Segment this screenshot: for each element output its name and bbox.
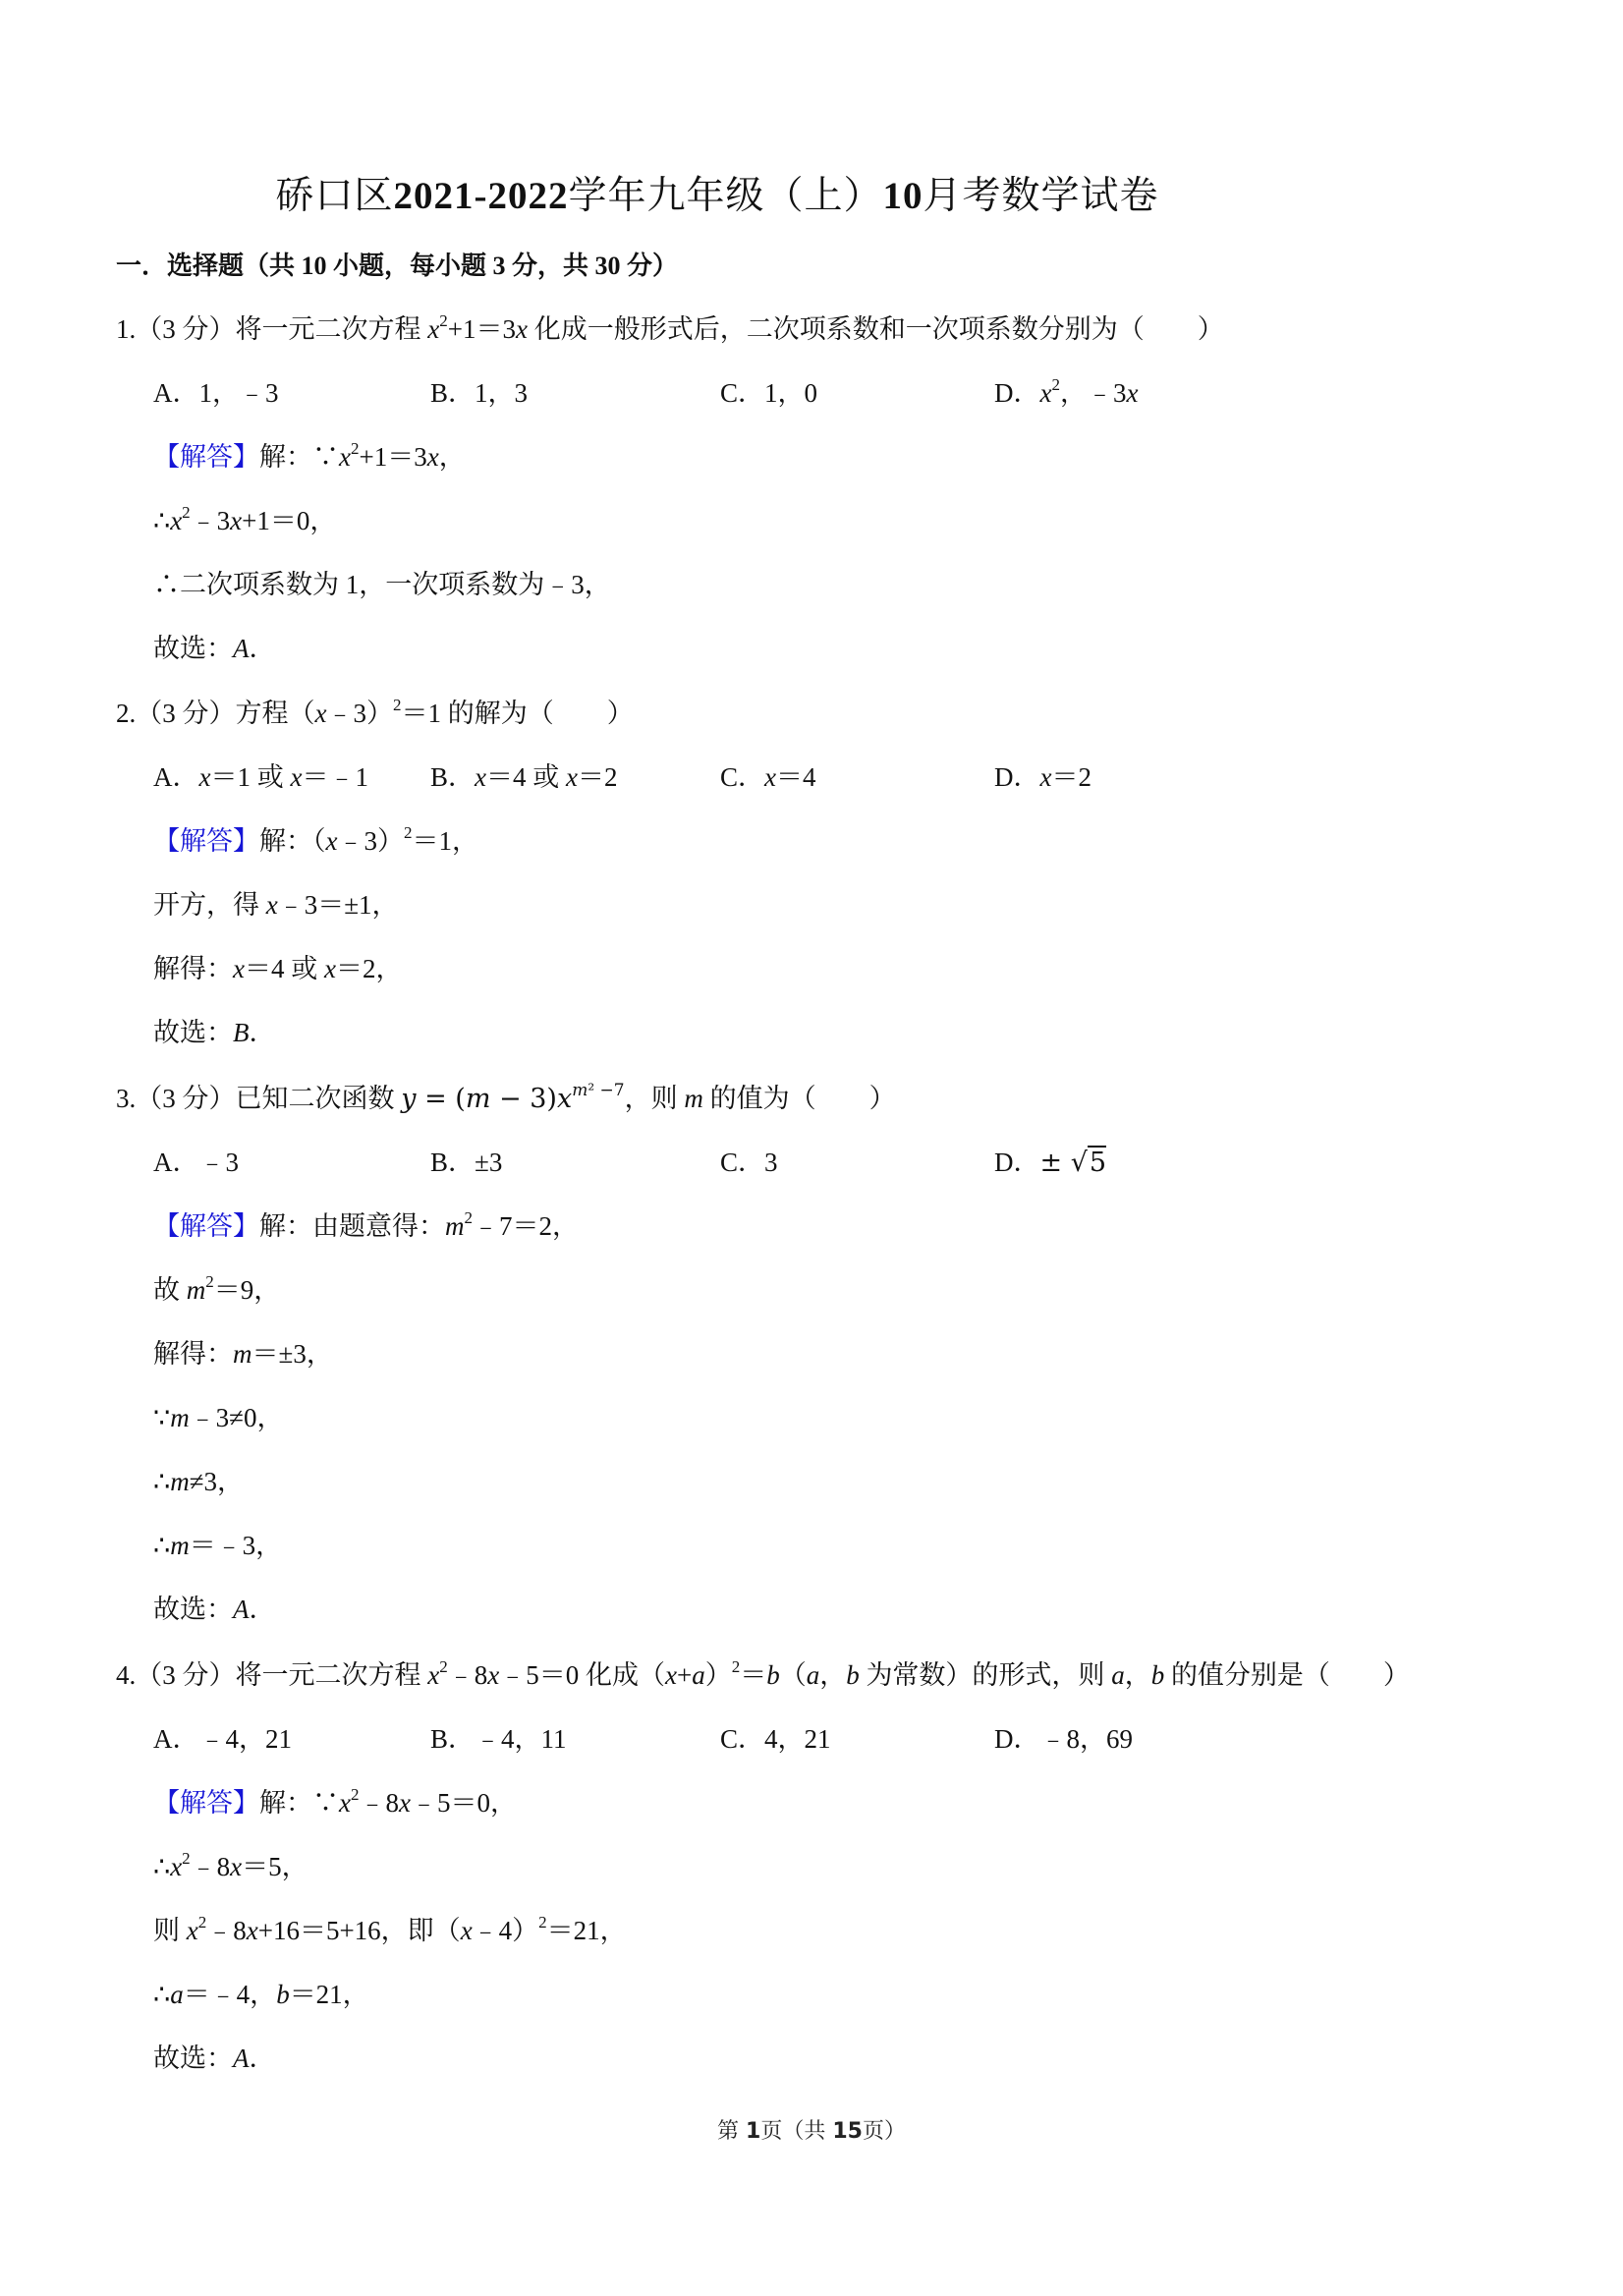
question-3-option-d[interactable]: D．± √5 bbox=[994, 1146, 1106, 1180]
question-2-solution-line-4: 故选：B． bbox=[153, 1016, 276, 1049]
question-4-solution-line-3: 则 x2﹣8x+16＝5+16，即（x﹣4）2＝21， bbox=[153, 1914, 627, 1951]
question-4-option-d[interactable]: D．﹣8，69 bbox=[994, 1722, 1133, 1756]
question-3-solution-line-2: 故 m2＝9， bbox=[153, 1273, 280, 1311]
question-3-option-a[interactable]: A．﹣3 bbox=[153, 1146, 239, 1179]
question-4-stem: 4.（3 分）将一元二次方程 x2﹣8x﹣5＝0 化成（x+a）2＝b（a，b … bbox=[116, 1658, 1410, 1696]
question-1-option-a[interactable]: A．1，﹣3 bbox=[153, 376, 279, 410]
question-3-solution-line-7: 故选：A． bbox=[153, 1593, 276, 1626]
question-4-solution-line-2: ∴x2﹣8x＝5， bbox=[153, 1850, 308, 1887]
question-4-option-b[interactable]: B．﹣4，11 bbox=[430, 1722, 567, 1756]
question-2-solution-line-2: 开方，得 x﹣3＝±1， bbox=[153, 888, 399, 922]
section-header: 一．选择题（共 10 小题，每小题 3 分，共 30 分） bbox=[116, 246, 678, 282]
solution-tag: 【解答】 bbox=[153, 442, 259, 472]
title-grade: 学年九年级（上） bbox=[568, 175, 882, 217]
title-month: 10 bbox=[883, 175, 923, 217]
question-2-option-b[interactable]: B．x＝4 或 x＝2 bbox=[430, 760, 617, 794]
title-years: 2021-2022 bbox=[393, 175, 568, 217]
question-4-solution-line-1: 【解答】解：∵x2﹣8x﹣5＝0， bbox=[153, 1786, 517, 1823]
question-1-solution-line-4: 故选：A． bbox=[153, 632, 276, 665]
question-3-solution-line-4: ∵m﹣3≠0， bbox=[153, 1401, 284, 1434]
question-3-solution-line-5: ∴m≠3， bbox=[153, 1465, 244, 1498]
title-subject: 月考数学试卷 bbox=[923, 175, 1159, 217]
question-3-solution-line-6: ∴m＝﹣3， bbox=[153, 1529, 282, 1562]
question-2-option-c[interactable]: C．x＝4 bbox=[720, 760, 816, 794]
question-1-solution-line-1: 【解答】解：∵x2+1＝3x， bbox=[153, 440, 466, 477]
question-2-solution-line-3: 解得：x＝4 或 x＝2， bbox=[153, 952, 402, 985]
page-title: 硚口区2021-2022学年九年级（上）10月考数学试卷 bbox=[0, 165, 1434, 220]
page-footer: 第 1页（共 15页） bbox=[0, 2114, 1623, 2145]
question-2-solution-line-1: 【解答】解：（x﹣3）2＝1， bbox=[153, 824, 478, 862]
question-3-stem: 3.（3 分）已知二次函数 y = (m − 3)xm² −7，则 m 的值为（… bbox=[116, 1082, 896, 1119]
question-2-option-a[interactable]: A．x＝1 或 x＝﹣1 bbox=[153, 760, 368, 794]
question-1-option-b[interactable]: B．1，3 bbox=[430, 376, 528, 410]
question-1-option-d[interactable]: D．x2，﹣3x bbox=[994, 376, 1138, 414]
question-4-option-c[interactable]: C．4，21 bbox=[720, 1722, 831, 1756]
question-1-solution-line-3: ∴二次项系数为 1，一次项系数为﹣3， bbox=[153, 568, 611, 601]
question-2-stem: 2.（3 分）方程（x﹣3）2＝1 的解为（ ） bbox=[116, 697, 634, 734]
question-3-solution-line-1: 【解答】解：由题意得：m2﹣7＝2， bbox=[153, 1209, 579, 1247]
question-3-option-b[interactable]: B．±3 bbox=[430, 1146, 502, 1179]
question-4-solution-line-4: ∴a＝﹣4，b＝21， bbox=[153, 1978, 369, 2011]
question-4-option-a[interactable]: A．﹣4，21 bbox=[153, 1722, 292, 1756]
question-3-solution-line-3: 解得：m＝±3， bbox=[153, 1337, 333, 1371]
question-3-option-c[interactable]: C．3 bbox=[720, 1146, 778, 1179]
question-1-stem: 1.（3 分）将一元二次方程 x2+1＝3x 化成一般形式后，二次项系数和一次项… bbox=[116, 312, 1224, 350]
title-district: 硚口区 bbox=[275, 175, 393, 217]
question-2-option-d[interactable]: D．x＝2 bbox=[994, 760, 1091, 794]
question-4-solution-line-5: 故选：A． bbox=[153, 2042, 276, 2075]
question-1-option-c[interactable]: C．1，0 bbox=[720, 376, 817, 410]
question-1-solution-line-2: ∴x2﹣3x+1＝0， bbox=[153, 504, 336, 541]
